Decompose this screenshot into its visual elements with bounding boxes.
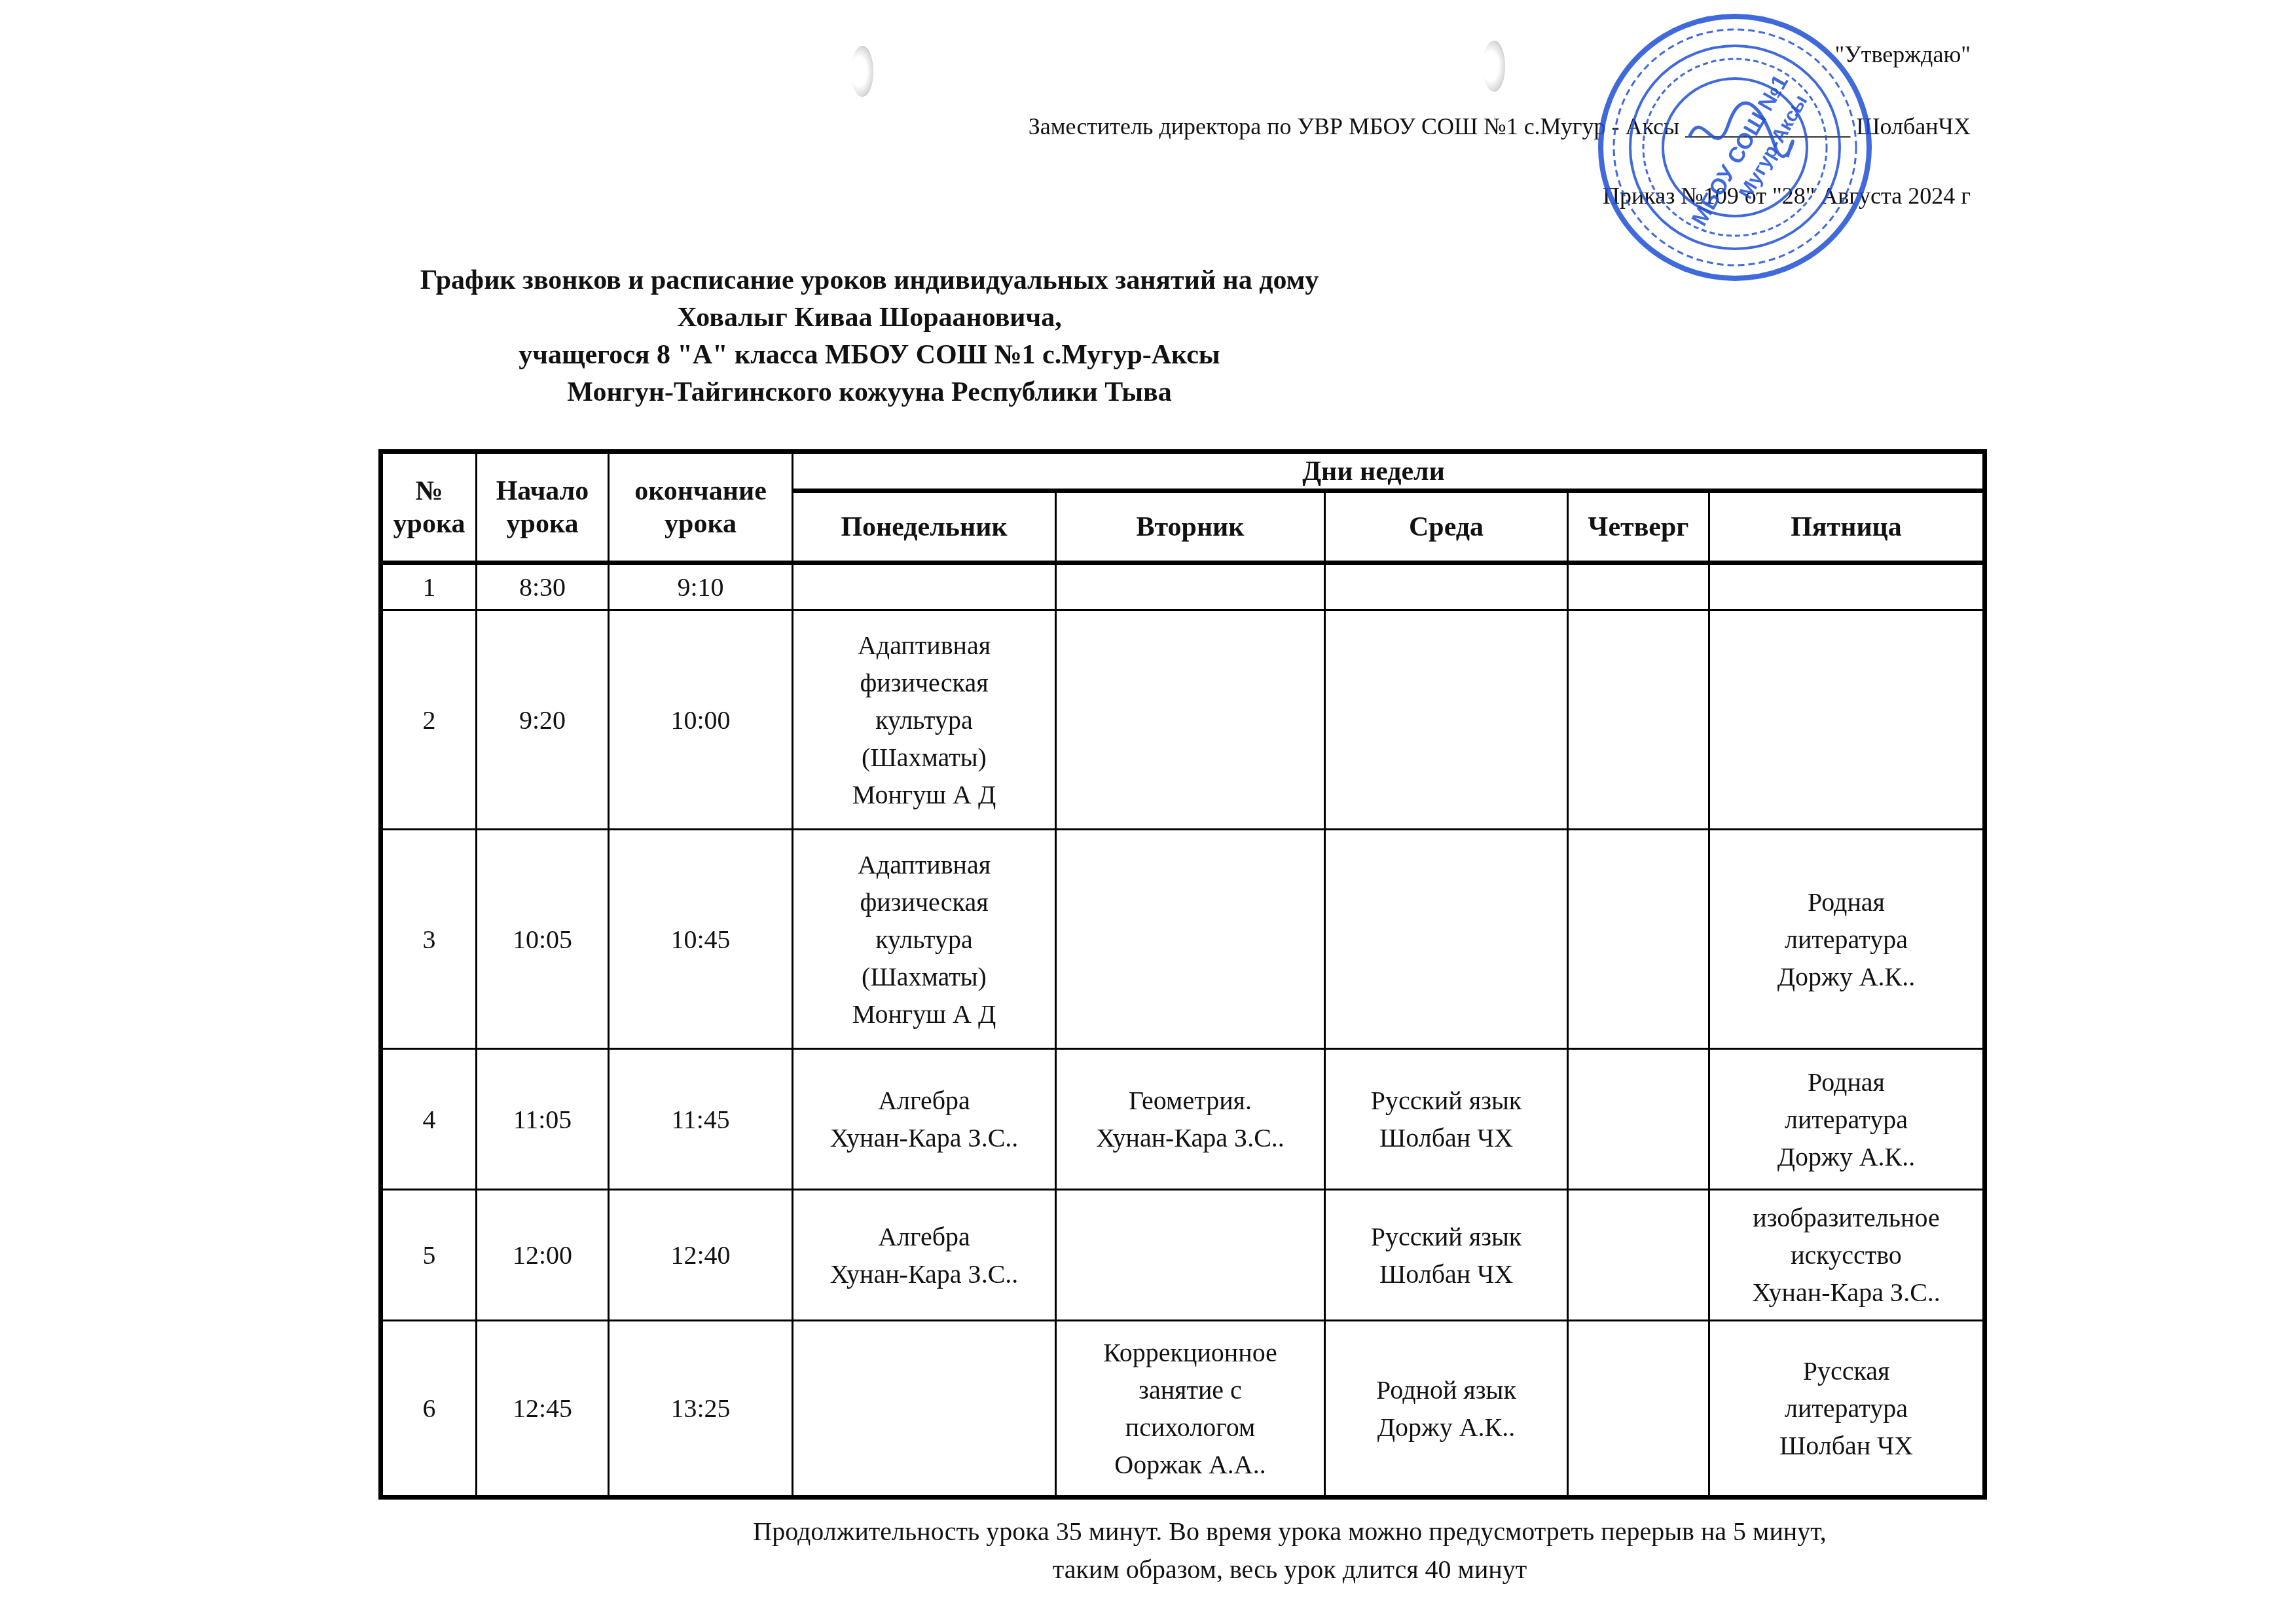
header-monday: Понедельник (793, 491, 1056, 563)
lesson-thursday (1568, 830, 1709, 1049)
end-time: 9:10 (609, 563, 793, 610)
end-time: 10:45 (609, 830, 793, 1049)
table-row: 29:2010:00Адаптивная физическая культура… (381, 610, 1985, 830)
lesson-friday: изобразительное искусство Хунан-Кара З.С… (1709, 1190, 1985, 1321)
lesson-wednesday (1325, 563, 1568, 610)
footer-note: Продолжительность урока 35 минут. Во вре… (589, 1513, 1990, 1589)
start-time: 8:30 (477, 563, 609, 610)
lesson-tuesday (1056, 830, 1325, 1049)
lesson-thursday (1568, 1190, 1709, 1321)
header-thursday: Четверг (1568, 491, 1709, 563)
title-line-3: учащегося 8 "А" класса МБОУ СОШ №1 с.Муг… (378, 337, 1360, 374)
punch-hole-left (851, 46, 873, 97)
lesson-friday (1709, 610, 1985, 830)
lesson-tuesday: Геометрия. Хунан-Кара З.С.. (1056, 1049, 1325, 1190)
lesson-monday (793, 1321, 1056, 1498)
header-start-time: Начало урока (477, 452, 609, 563)
lesson-monday: Алгебра Хунан-Кара З.С.. (793, 1049, 1056, 1190)
end-time: 11:45 (609, 1049, 793, 1190)
lesson-friday: Родная литература Доржу А.К.. (1709, 1049, 1985, 1190)
lesson-friday: Русская литература Шолбан ЧХ (1709, 1321, 1985, 1498)
start-time: 9:20 (477, 610, 609, 830)
start-time: 12:45 (477, 1321, 609, 1498)
lesson-friday: Родная литература Доржу А.К.. (1709, 830, 1985, 1049)
lesson-wednesday: Русский язык Шолбан ЧХ (1325, 1049, 1568, 1190)
lesson-tuesday (1056, 1190, 1325, 1321)
title-line-1: График звонков и расписание уроков индив… (378, 262, 1360, 299)
document-title: График звонков и расписание уроков индив… (378, 262, 1360, 411)
lesson-number: 1 (381, 563, 477, 610)
lesson-tuesday (1056, 610, 1325, 830)
lesson-tuesday: Коррекционное занятие с психологом Ооржа… (1056, 1321, 1325, 1498)
lesson-monday: Адаптивная физическая культура (Шахматы)… (793, 610, 1056, 830)
start-time: 11:05 (477, 1049, 609, 1190)
punch-hole-right (1483, 41, 1505, 92)
start-time: 10:05 (477, 830, 609, 1049)
title-line-4: Монгун-Тайгинского кожууна Республики Ты… (378, 374, 1360, 411)
lesson-number: 4 (381, 1049, 477, 1190)
lesson-number: 5 (381, 1190, 477, 1321)
lesson-friday (1709, 563, 1985, 610)
official-stamp-icon: МБОУ СОШ №1 Мугур-Аксы (1591, 7, 1879, 288)
table-row: 512:0012:40Алгебра Хунан-Кара З.С..Русск… (381, 1190, 1985, 1321)
schedule-table: № урока Начало урока окончание урока Дни… (378, 449, 1987, 1500)
end-time: 10:00 (609, 610, 793, 830)
end-time: 12:40 (609, 1190, 793, 1321)
lesson-monday: Алгебра Хунан-Кара З.С.. (793, 1190, 1056, 1321)
lesson-tuesday (1056, 563, 1325, 610)
title-line-2: Ховалыг Киваа Шораановича, (378, 299, 1360, 337)
days-of-week-label: Дни недели (1302, 456, 1445, 487)
header-days-of-week: Дни недели (793, 452, 1985, 491)
lesson-thursday (1568, 610, 1709, 830)
lesson-wednesday (1325, 610, 1568, 830)
footer-line-2: таким образом, весь урок длится 40 минут (589, 1551, 1990, 1589)
lesson-number: 3 (381, 830, 477, 1049)
lesson-number: 2 (381, 610, 477, 830)
lesson-thursday (1568, 1049, 1709, 1190)
footer-line-1: Продолжительность урока 35 минут. Во вре… (589, 1513, 1990, 1551)
lesson-monday (793, 563, 1056, 610)
lesson-monday: Адаптивная физическая культура (Шахматы)… (793, 830, 1056, 1049)
header-end-time: окончание урока (609, 452, 793, 563)
table-row: 18:309:10 (381, 563, 1985, 610)
table-row: 612:4513:25Коррекционное занятие с психо… (381, 1321, 1985, 1498)
header-tuesday: Вторник (1056, 491, 1325, 563)
lesson-number: 6 (381, 1321, 477, 1498)
table-row: 411:0511:45Алгебра Хунан-Кара З.С..Геоме… (381, 1049, 1985, 1190)
end-time: 13:25 (609, 1321, 793, 1498)
start-time: 12:00 (477, 1190, 609, 1321)
lesson-wednesday: Русский язык Шолбан ЧХ (1325, 1190, 1568, 1321)
lesson-thursday (1568, 1321, 1709, 1498)
lesson-wednesday: Родной язык Доржу А.К.. (1325, 1321, 1568, 1498)
table-row: 310:0510:45Адаптивная физическая культур… (381, 830, 1985, 1049)
header-wednesday: Среда (1325, 491, 1568, 563)
lesson-wednesday (1325, 830, 1568, 1049)
lesson-thursday (1568, 563, 1709, 610)
header-lesson-number: № урока (381, 452, 477, 563)
header-friday: Пятница (1709, 491, 1985, 563)
